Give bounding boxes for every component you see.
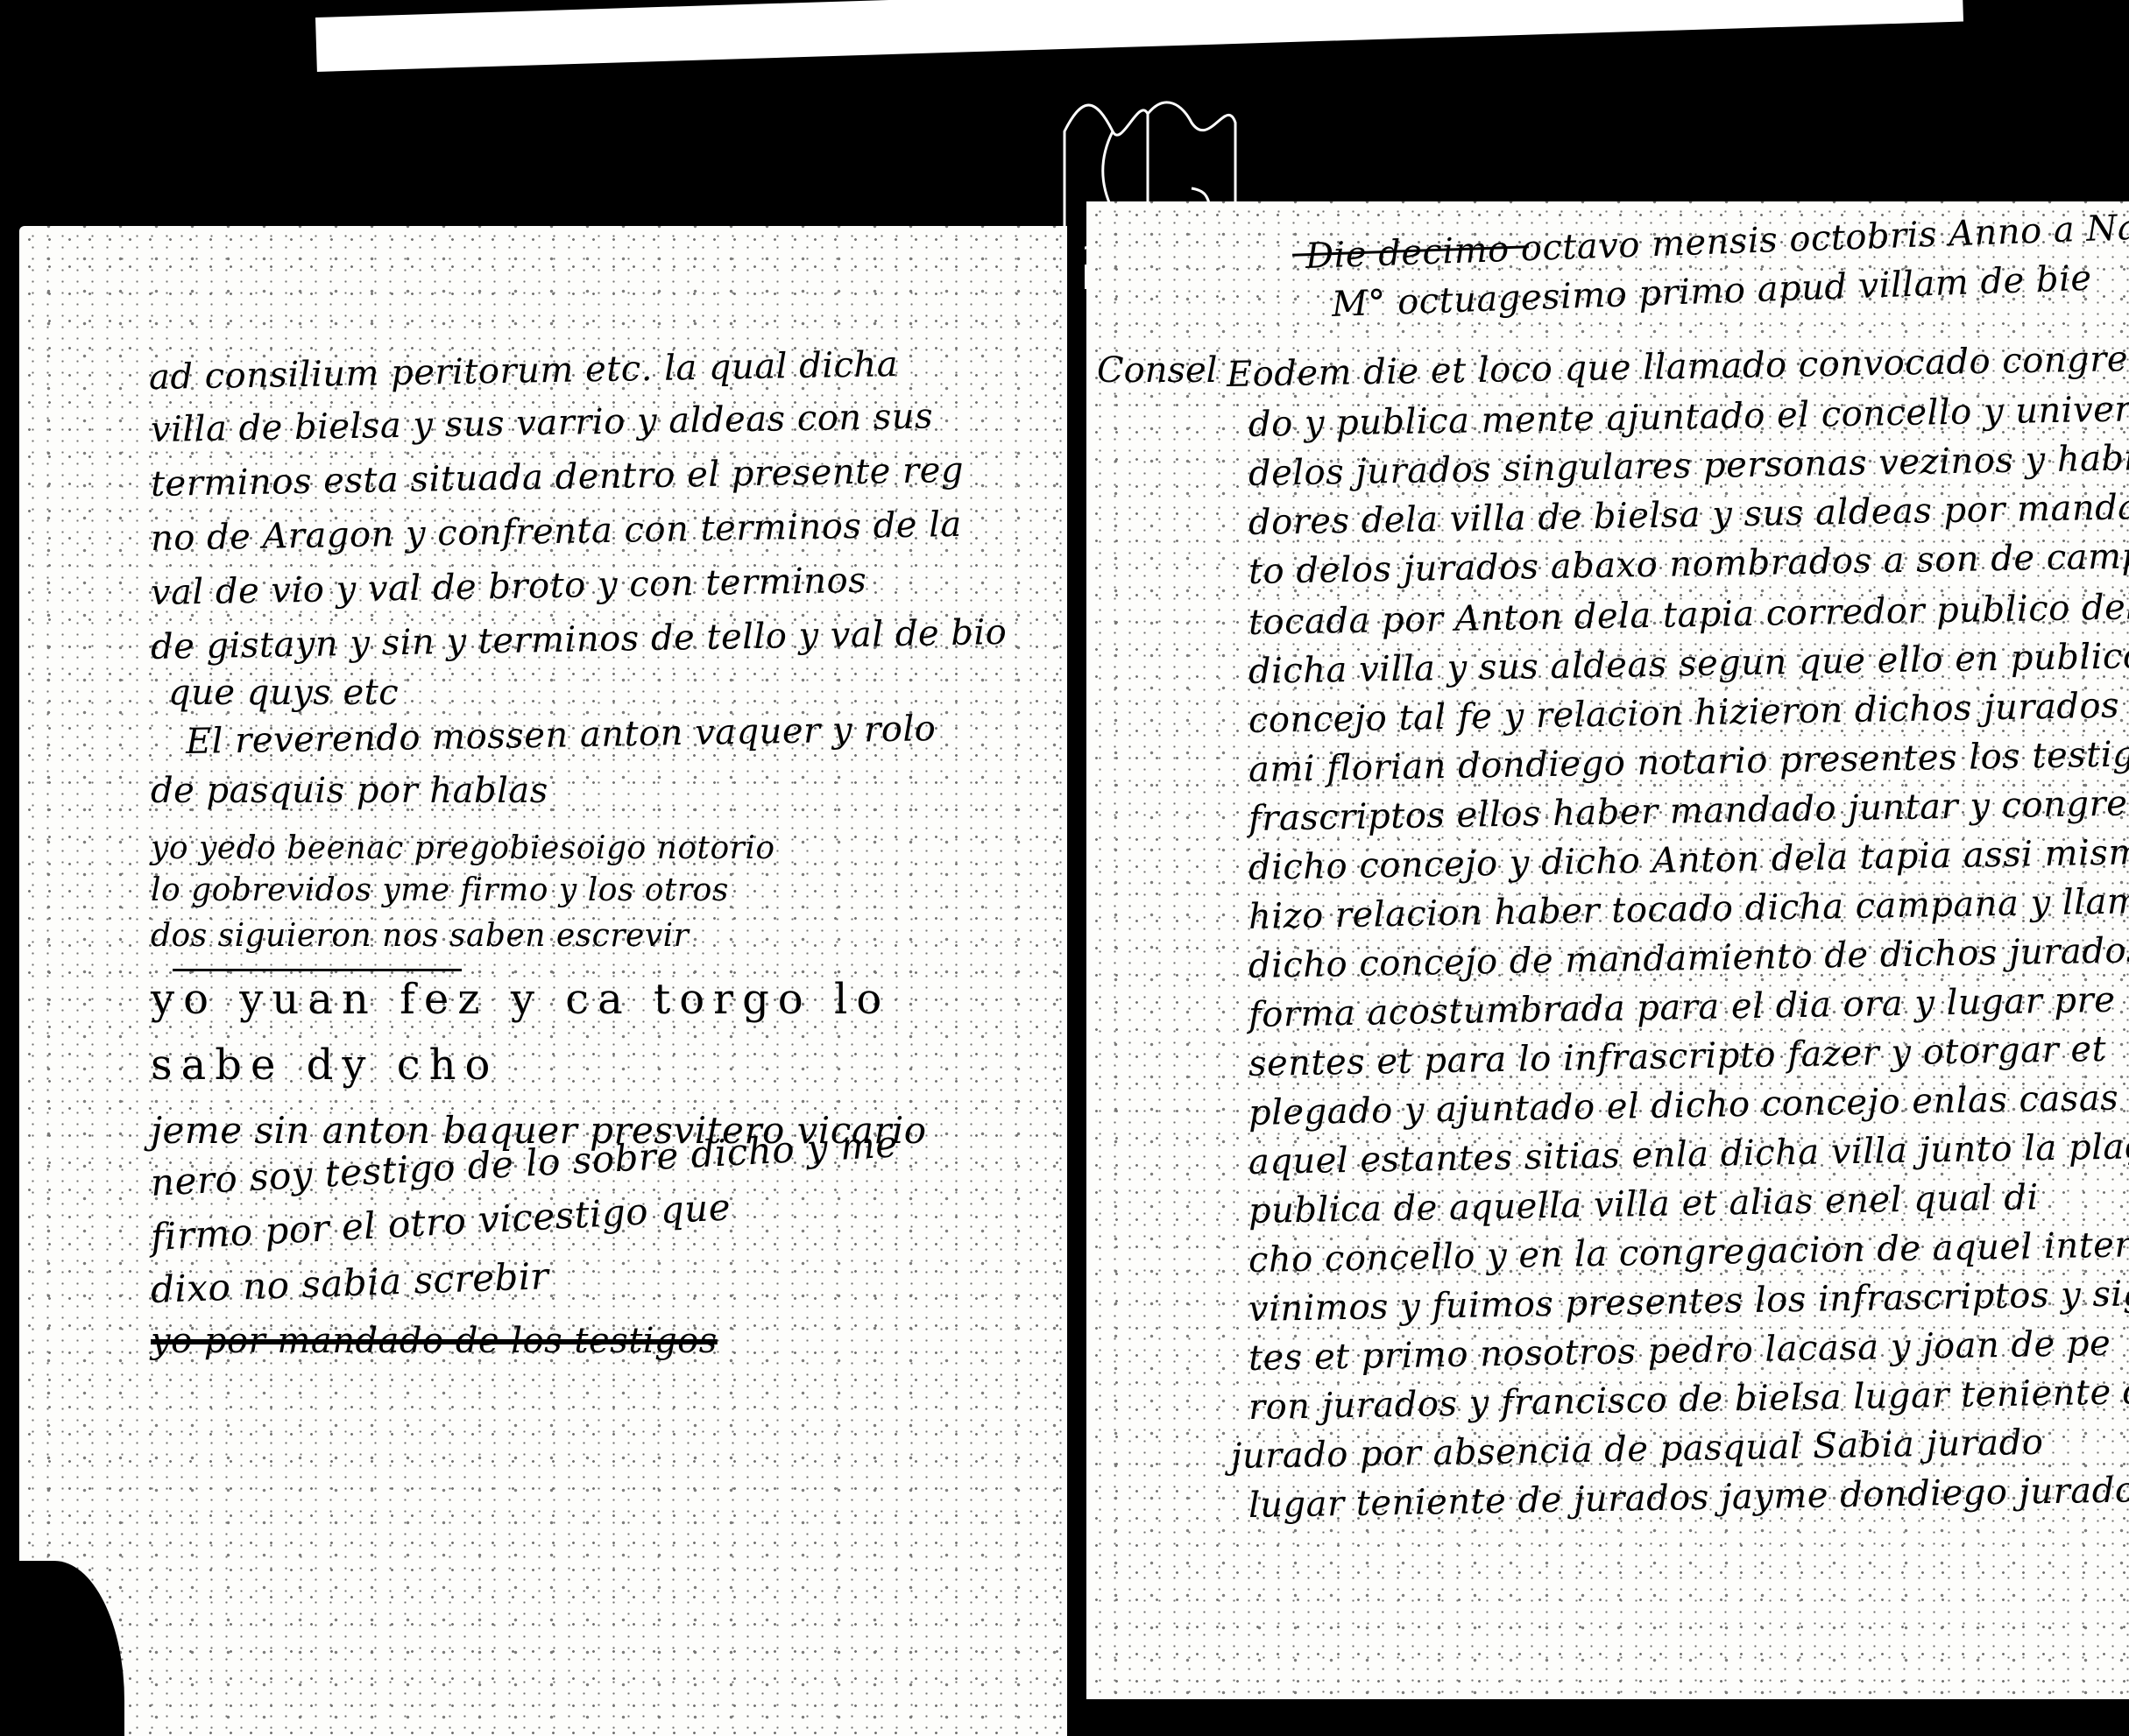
manuscript-line: dicho concejo de mandamiento de dichos j…	[1248, 928, 2129, 986]
manuscript-line: hizo relacion haber tocado dicha campana…	[1248, 880, 2129, 937]
right-page: ff Consel Die decimo octavo mensis octob…	[1086, 201, 2129, 1736]
manuscript-line: lugar teniente de jurados jayme dondiego…	[1248, 1470, 2129, 1526]
manuscript-line: Eodem die et loco que llamado convocado …	[1227, 338, 2129, 395]
margin-note: Consel	[1097, 350, 1217, 391]
manuscript-line: dos siguieron nos saben escrevir	[151, 918, 689, 954]
manuscript-line: ami florian dondiego notario presentes l…	[1248, 733, 2129, 790]
manuscript-line: ad consilium peritorum etc. la qual dich…	[149, 344, 899, 398]
manuscript-line: concejo tal fe y relacion hizieron dicho…	[1248, 686, 2120, 741]
manuscript-line: no de Aragon y confrenta con terminos de…	[151, 505, 963, 559]
manuscript-line: sabe dy cho	[151, 1041, 499, 1090]
manuscript-line: de gistayn y sin y terminos de tello y v…	[151, 612, 1008, 667]
manuscript-line: delos jurados singulares personas vezino…	[1248, 438, 2129, 494]
manuscript-line: aquel estantes sitias enla dicha villa j…	[1248, 1126, 2129, 1182]
page-corner-shadow	[19, 1561, 124, 1736]
manuscript-line: val de vio y val de broto y con terminos	[151, 561, 867, 613]
manuscript-line: publica de aquella villa et alias enel q…	[1248, 1177, 2039, 1231]
manuscript-line: tocada por Anton dela tapia corredor pub…	[1248, 587, 2129, 643]
underline	[173, 969, 462, 971]
manuscript-line: dicho concejo y dicho Anton dela tapia a…	[1248, 832, 2129, 888]
manuscript-line: El reverendo mossen anton vaquer y rolo	[186, 709, 937, 762]
manuscript-line: cho concello y en la congregacion de aqu…	[1248, 1224, 2129, 1281]
manuscript-line: dores dela villa de bielsa y sus aldeas …	[1248, 485, 2129, 543]
manuscript-line: yo yuan fez y ca torgo lo	[151, 975, 890, 1024]
left-page: ad consilium peritorum etc. la qual dich…	[19, 226, 1069, 1736]
manuscript-line: plegado y ajuntado el dicho concejo enla…	[1248, 1077, 2129, 1133]
manuscript-line: de pasquis por hablas	[151, 771, 548, 811]
manuscript-line: villa de bielsa y sus varrio y aldeas co…	[151, 396, 934, 450]
manuscript-line: vinimos y fuimos presentes los infrascri…	[1248, 1273, 2129, 1330]
manuscript-line: do y publica mente ajuntado el concello …	[1248, 389, 2129, 445]
manuscript-line: tes et primo nosotros pedro lacasa y joa…	[1248, 1323, 2111, 1379]
page-bottom-shadow	[1086, 1699, 2129, 1736]
manuscript-line: que quys etc	[168, 673, 399, 713]
manuscript-line: frascriptos ellos haber mandado juntar y…	[1248, 782, 2129, 839]
manuscript-line: dicha villa y sus aldeas segun que ello …	[1248, 636, 2129, 692]
manuscript-line: jurado por absencia de pasqual Sabia jur…	[1231, 1422, 2044, 1477]
manuscript-line: lo gobrevidos yme firmo y los otros	[151, 872, 729, 908]
top-binding-strip	[315, 0, 1963, 72]
page-gutter	[1067, 201, 1085, 1736]
manuscript-line: terminos esta situada dentro el presente…	[151, 450, 965, 505]
manuscript-line: sentes et para lo infrascripto fazer y o…	[1248, 1029, 2107, 1084]
manuscript-line: forma acostumbrada para el dia ora y lug…	[1248, 980, 2116, 1035]
manuscript-line: ron jurados y francisco de bielsa lugar …	[1248, 1372, 2129, 1428]
manuscript-line: to delos jurados abaxo nombrados a son d…	[1248, 535, 2129, 592]
manuscript-line: dixo no sabia screbir	[150, 1254, 549, 1311]
manuscript-line: yo yedo beenac pregobiesoigo notorio	[151, 830, 775, 866]
struck-manuscript-line: yo por mandado de los testigos	[151, 1321, 718, 1361]
